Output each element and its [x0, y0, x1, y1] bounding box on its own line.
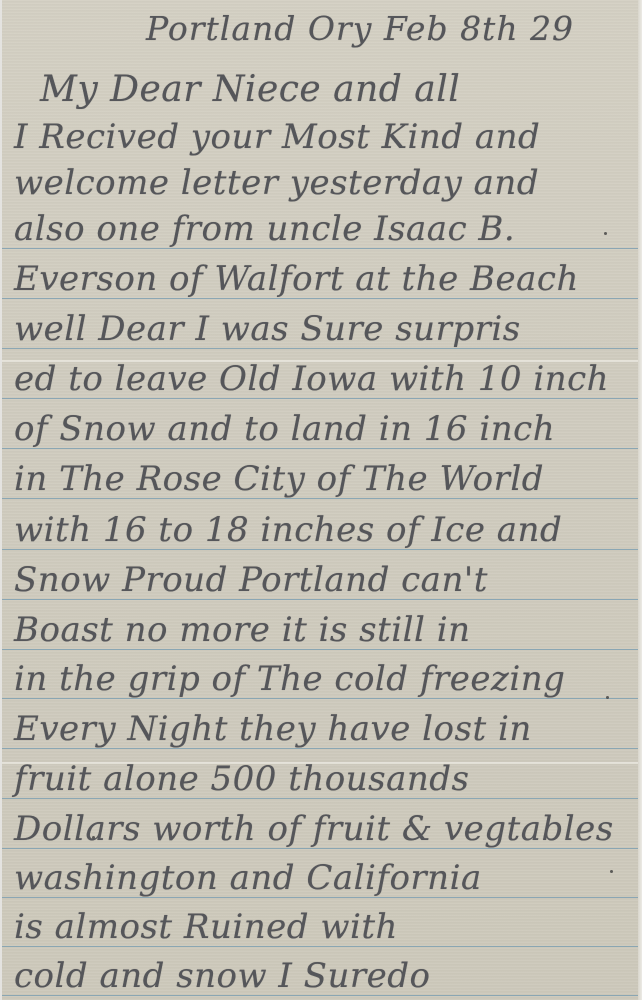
paper-right-edge — [638, 0, 642, 1000]
letter-line: I Recived your Most Kind and — [14, 120, 632, 154]
letter-line: welcome letter yesterday and — [14, 166, 632, 200]
letter-line: fruit alone 500 thousands — [14, 762, 632, 796]
paper-left-edge — [0, 0, 2, 1000]
letter-line: well Dear I was Sure surpris — [14, 312, 632, 346]
letter-salutation: My Dear Niece and all — [40, 72, 632, 108]
letter-page: Portland Ory Feb 8th 29 My Dear Niece an… — [0, 0, 642, 1000]
letter-line: with 16 to 18 inches of Ice and — [14, 513, 632, 547]
letter-line: cold and snow I Suredo — [14, 959, 632, 993]
letter-line: Boast no more it is still in — [14, 613, 632, 647]
letter-heading: Portland Ory Feb 8th 29 — [146, 12, 632, 45]
letter-line: in The Rose City of The World — [14, 462, 632, 496]
letter-line: Every Night they have lost in — [14, 712, 632, 746]
letter-line: Snow Proud Portland can't — [14, 563, 632, 597]
letter-line: Dollars worth of fruit & vegtables — [14, 812, 632, 846]
letter-line: also one from uncle Isaac B. — [14, 212, 632, 246]
letter-line: Everson of Walfort at the Beach — [14, 262, 632, 296]
letter-line: ed to leave Old Iowa with 10 inch — [14, 362, 632, 396]
letter-line: washington and California — [14, 861, 632, 895]
letter-line: in the grip of The cold freezing — [14, 662, 632, 696]
letter-line: of Snow and to land in 16 inch — [14, 412, 632, 446]
ink-speck — [606, 696, 609, 699]
letter-line: is almost Ruined with — [14, 910, 632, 944]
